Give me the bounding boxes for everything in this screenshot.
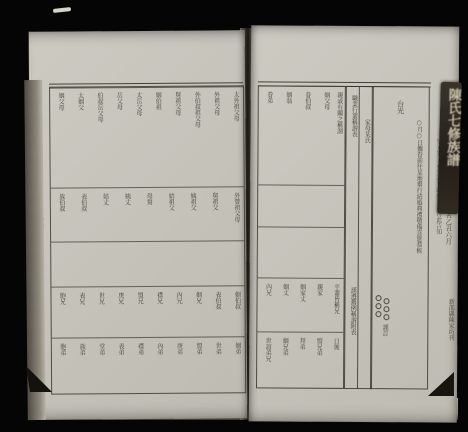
- address-term: 平輩皆稱兄: [330, 284, 338, 314]
- kinship-term: 族伯叔: [56, 194, 64, 224]
- kinship-term: 岳父母: [113, 92, 121, 128]
- kinship-term: 胞弟: [57, 344, 65, 356]
- kinship-term: 內兄: [173, 292, 181, 310]
- address-term: 世誼弟兄: [262, 337, 270, 361]
- kinship-term: 姻弟: [232, 342, 240, 354]
- kinship-term: 外伯叔祖父母: [191, 92, 199, 128]
- kinship-term: 姻父母: [55, 93, 63, 129]
- kinship-blank-band: [51, 240, 244, 287]
- address-term: 內兄: [262, 283, 270, 313]
- kinship-term: 世兄: [95, 292, 103, 310]
- address-term: 拜弟: [296, 338, 304, 362]
- strip-note: 家母某氏: [362, 119, 369, 143]
- address-blank-band-1: [258, 184, 344, 228]
- paper-sliver-top: [53, 7, 71, 13]
- kinship-term: 姻伯祖: [152, 92, 160, 128]
- kinship-row-2: 外曾祖父母 舅祖父 姨祖父 姑祖父 母舅 姨丈 姑丈 表伯叔 族伯叔: [51, 186, 244, 242]
- kinship-table: 太外祖父母 外祖父母 外伯叔祖父母 舅祖父母 姻伯祖 太岳父母 岳父母 伯叔岳父…: [49, 85, 246, 394]
- address-term: 眷弟: [264, 91, 272, 109]
- kinship-term: 太岳父母: [133, 92, 141, 128]
- kinship-term: 族弟: [76, 343, 84, 355]
- address-blank-band-2: [258, 226, 344, 279]
- kinship-term: 舅祖父: [209, 192, 217, 222]
- kinship-term: 庚弟: [173, 343, 181, 355]
- kinship-term: 姻伯叔: [231, 291, 239, 309]
- circles-column: [375, 295, 381, 320]
- kinship-term: 表伯叔: [78, 193, 86, 223]
- kinship-term: 表伯叔: [212, 291, 220, 309]
- invitation-box: ○月○日攜眷前往某地舉行結婚典禮敬備喜筵恭候 台光 謹訂: [370, 86, 430, 389]
- kinship-term: 堂弟: [96, 343, 104, 355]
- kinship-row-4: 姻弟 世弟 盟弟 庚弟 內弟 襟弟 表弟 堂弟 族弟 胞弟: [52, 336, 245, 393]
- circles-column: [383, 298, 389, 320]
- spine-publisher: 新邵縣陳家坊刊: [446, 299, 453, 341]
- invitation-honorific: 台光: [396, 100, 404, 114]
- kinship-term: 姑祖父: [165, 193, 173, 223]
- kinship-term: 盟弟: [193, 343, 201, 355]
- address-term: 姻翁: [283, 92, 291, 110]
- address-terms-box: 親戚有關之稱謂 姻父母 眷伯叔 姻翁 眷弟 平輩皆稱兄 親家 姻家丈 姻丈 內兄: [256, 85, 346, 389]
- kinship-term: 姨祖父: [187, 193, 195, 223]
- kinship-term: 盟兄: [134, 292, 142, 310]
- strip-subtitle: 謹遵舊例稱謂附表: [348, 287, 355, 335]
- invitation-signature: 謹訂: [380, 324, 387, 336]
- kinship-term: 姨丈: [121, 193, 129, 223]
- kinship-term: 外祖父母: [211, 91, 219, 127]
- address-row-3: 日後 盟兄弟 拜弟 姻兄弟 世誼弟兄: [257, 331, 343, 389]
- address-row-1: 姻父母 眷伯叔 姻翁 眷弟: [258, 86, 345, 185]
- kinship-term: 表弟: [115, 343, 123, 355]
- kinship-term: 內弟: [154, 343, 162, 355]
- kinship-term: 太外祖父母: [230, 91, 238, 127]
- kinship-term: 舅祖父母: [172, 92, 180, 128]
- kinship-term: 胞兄: [56, 293, 64, 311]
- strip-title: 職業行輩稱謂表: [350, 95, 357, 137]
- address-term: 親家: [313, 284, 321, 314]
- kinship-term: 姑丈: [100, 193, 108, 223]
- kinship-term: 母舅: [143, 193, 151, 223]
- kinship-row-1: 太外祖父母 外祖父母 外伯叔祖父母 舅祖父母 姻伯祖 太岳父母 岳父母 伯叔岳父…: [50, 86, 244, 187]
- right-page: 親戚有關之稱謂 姻父母 眷伯叔 姻翁 眷弟 平輩皆稱兄 親家 姻家丈 姻丈 內兄: [249, 25, 459, 422]
- spine-title: 陳氏七修族譜: [442, 88, 460, 166]
- left-page: 增刊 稱呼合覽 五 太外祖父母 外祖父母 外伯叔祖父母 舅祖父母 姻伯祖 太岳父…: [29, 30, 248, 419]
- kinship-term: 表兄: [76, 292, 84, 310]
- kinship-row-3: 姻伯叔 表伯叔 姻兄 內兄 襟兄 盟兄 庚兄 世兄 表兄 胞兄: [51, 285, 244, 338]
- address-term: 姻兄弟: [279, 338, 287, 362]
- spine-title-plate: 陳氏七修族譜: [437, 82, 462, 215]
- photo-of-open-genealogy-book: 增刊 稱呼合覽 五 太外祖父母 外祖父母 外伯叔祖父母 舅祖父母 姻伯祖 太岳父…: [0, 0, 468, 432]
- kinship-term: 姻兄: [193, 292, 201, 310]
- invitation-body: ○月○日攜眷前往某地舉行結婚典禮敬備喜筵恭候: [414, 119, 422, 253]
- kinship-term: 庚兄: [115, 292, 123, 310]
- kinship-term: 太姻父: [75, 92, 83, 128]
- address-row-2: 平輩皆稱兄 親家 姻家丈 姻丈 內兄: [257, 277, 343, 333]
- kinship-term: 外曾祖父母: [231, 192, 239, 222]
- address-term: 姻父母: [321, 92, 329, 110]
- address-term: 盟兄弟: [313, 338, 321, 362]
- kinship-term: 伯叔岳父母: [94, 92, 102, 128]
- kinship-term: 襟弟: [135, 343, 143, 355]
- signature-placeholder-circles: [375, 295, 389, 320]
- address-term: 眷伯叔: [302, 92, 310, 110]
- address-term: 姻家丈: [296, 284, 304, 314]
- kinship-term: 襟兄: [154, 292, 162, 310]
- kinship-term: 世弟: [212, 342, 220, 354]
- address-term: 姻丈: [279, 284, 287, 314]
- address-term: 日後: [330, 338, 338, 362]
